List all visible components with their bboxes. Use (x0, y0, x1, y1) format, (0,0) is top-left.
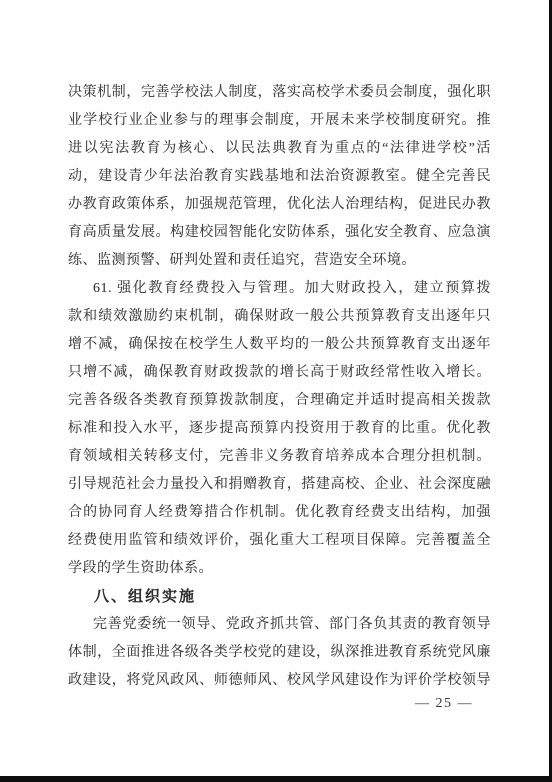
text-line: 育领域相关转移支付，完善非义务教育培养成本合理分担机制。 (68, 443, 491, 471)
text-line: 动，建设青少年法治教育实践基地和法治资源教室。健全完善民 (68, 163, 491, 191)
text-line: 完善各级各类教育预算拨款制度，合理确定并适时提高相关拨款 (68, 387, 491, 415)
page-number: — 25 — (0, 694, 473, 714)
text-line: 只增不减，确保教育财政拨款的增长高于财政经常性收入增长。 (68, 359, 491, 387)
text-line: 学段的学生资助体系。 (68, 555, 491, 583)
scan-edge-bottom (0, 776, 552, 782)
paragraph-first-line: 完善党委统一领导、党政齐抓共管、部门各负其责的教育领导 (68, 611, 491, 639)
text-line: 引导规范社会力量投入和捐赠教育，搭建高校、企业、社会深度融 (68, 471, 491, 499)
text-line: 款和绩效激励约束机制，确保财政一般公共预算教育支出逐年只 (68, 303, 491, 331)
text-line: 业学校行业企业参与的理事会制度，开展未来学校制度研究。推 (68, 107, 491, 135)
text-line: 增不减，确保按在校学生人数平均的一般公共预算教育支出逐年 (68, 331, 491, 359)
scanned-page: 决策机制，完善学校法人制度，落实高校学术委员会制度，强化职 业学校行业企业参与的… (0, 0, 552, 782)
text-line: 经费使用监管和绩效评价，强化重大工程项目保障。完善覆盖全 (68, 527, 491, 555)
section-heading: 八、组织实施 (68, 583, 491, 611)
text-line: 政建设，将党风政风、师德师风、校风学风建设作为评价学校领导 (68, 667, 491, 695)
text-line: 育高质量发展。构建校园智能化安防体系，强化安全教育、应急演 (68, 219, 491, 247)
text-line: 办教育政策体系，加强规范管理，优化法人治理结构，促进民办教 (68, 191, 491, 219)
item-61-first-line: 61. 强化教育经费投入与管理。加大财政投入，建立预算拨 (68, 275, 491, 303)
text-line: 标准和投入水平，逐步提高预算内投资用于教育的比重。优化教 (68, 415, 491, 443)
document-body: 决策机制，完善学校法人制度，落实高校学术委员会制度，强化职 业学校行业企业参与的… (68, 79, 491, 695)
text-line: 合的协同育人经费筹措合作机制。优化教育经费支出结构，加强 (68, 499, 491, 527)
text-line: 体制，全面推进各级各类学校党的建设，纵深推进教育系统党风廉 (68, 639, 491, 667)
text-line: 决策机制，完善学校法人制度，落实高校学术委员会制度，强化职 (68, 79, 491, 107)
text-line: 练、监测预警、研判处置和责任追究，营造安全环境。 (68, 247, 491, 275)
text-line: 进以宪法教育为核心、以民法典教育为重点的“法律进学校”活 (68, 135, 491, 163)
